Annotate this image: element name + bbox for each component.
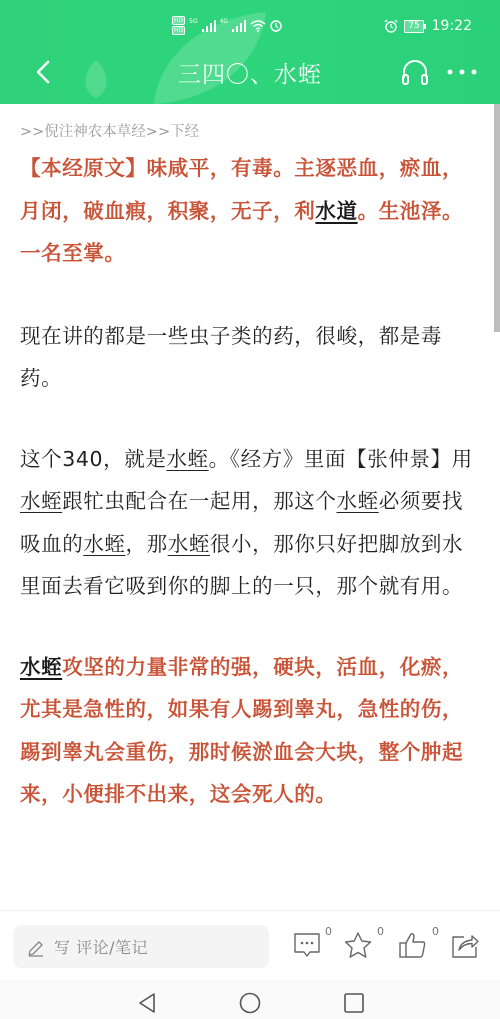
highlight-paragraph: 水蛭攻坚的力量非常的强，硬块，活血，化瘀，尤其是急性的，如果有人踢到睾丸，急性的…: [20, 646, 480, 816]
system-home-button[interactable]: [239, 992, 261, 1018]
square-recents-icon: [343, 992, 365, 1014]
star-icon: [343, 931, 373, 959]
term-link-shuizhi[interactable]: 水蛭: [83, 532, 125, 556]
term-link-shuizhi[interactable]: 水蛭: [337, 489, 379, 513]
term-link-shuizhi[interactable]: 水蛭: [20, 489, 62, 513]
signal-4g-label: 4G: [220, 18, 228, 25]
headphones-icon: [400, 58, 430, 86]
term-link-shuidao[interactable]: 水道: [315, 199, 357, 223]
comment-button[interactable]: 0: [293, 931, 321, 963]
more-button[interactable]: [446, 62, 478, 82]
hd-badge: HD: [172, 26, 185, 35]
system-back-button[interactable]: [136, 992, 158, 1018]
comment-count: 0: [325, 925, 332, 938]
favorite-count: 0: [377, 925, 384, 938]
article-content: >>倪注神农本草经>>下经 【本经原文】味咸平，有毒。主逐恶血，瘀血，月闭，破血…: [20, 104, 480, 816]
like-button[interactable]: 0: [398, 931, 428, 963]
favorite-button[interactable]: 0: [343, 931, 373, 963]
status-bar: HD HD 5G 4G 75 19:22: [0, 14, 500, 42]
hd-badge: HD: [172, 16, 185, 25]
term-link-shuizhi[interactable]: 水蛭: [168, 532, 210, 556]
battery-indicator: 75: [404, 20, 423, 33]
audio-button[interactable]: [400, 58, 430, 86]
term-link-shuizhi[interactable]: 水蛭: [20, 655, 62, 679]
status-left: HD HD 5G 4G: [172, 16, 282, 35]
scrollbar[interactable]: [494, 104, 500, 332]
comment-input[interactable]: 写 评论/笔记: [13, 925, 269, 968]
text-span: 跟牤虫配合在一起用，那这个: [62, 489, 336, 513]
comment-icon: [293, 931, 321, 959]
app-header: HD HD 5G 4G 75 19:22 三四〇、水蛭: [0, 0, 500, 104]
data-saver-icon: [270, 20, 282, 32]
share-icon: [450, 931, 480, 959]
pencil-icon: [26, 937, 46, 957]
signal-icon: [232, 20, 246, 32]
bottom-action-bar: 写 评论/笔记 0 0 0: [0, 910, 500, 980]
text-span: 攻坚的力量非常的强，硬块，活血，化瘀，尤其是急性的，如果有人踢到睾丸，急性的伤，…: [20, 655, 463, 807]
wifi-icon: [250, 20, 266, 32]
like-count: 0: [432, 925, 439, 938]
status-right: 75 19:22: [384, 18, 472, 34]
nav-bar: 三四〇、水蛭: [0, 50, 500, 96]
comment-placeholder: 写 评论/笔记: [54, 935, 148, 958]
breadcrumb[interactable]: >>倪注神农本草经>>下经: [20, 121, 480, 143]
commentary-paragraph: 这个340，就是水蛭。《经方》里面【张仲景】用水蛭跟牤虫配合在一起用，那这个水蛭…: [20, 438, 480, 608]
text-span: 这个340，就是: [20, 447, 166, 471]
text-span: 。《经方》里面【张仲景】用: [209, 447, 473, 471]
thumbs-up-icon: [398, 931, 428, 959]
signal-icon: [202, 20, 216, 32]
system-recents-button[interactable]: [343, 992, 365, 1018]
circle-home-icon: [239, 992, 261, 1014]
more-horizontal-icon: [446, 62, 478, 82]
system-navigation-bar: [0, 980, 500, 1019]
triangle-back-icon: [136, 992, 158, 1014]
signal-5g-label: 5G: [189, 18, 197, 25]
text-span: ，那: [126, 532, 168, 556]
share-button[interactable]: [450, 931, 480, 963]
hd-indicators: HD HD: [172, 16, 185, 35]
clock: 19:22: [432, 18, 472, 34]
commentary-paragraph: 现在讲的都是一些虫子类的药，很峻，都是毒药。: [20, 315, 480, 400]
original-text-paragraph: 【本经原文】味咸平，有毒。主逐恶血，瘀血，月闭，破血瘕，积聚，无子，利水道。生池…: [20, 147, 480, 275]
term-link-shuizhi[interactable]: 水蛭: [166, 447, 208, 471]
alarm-icon: [384, 19, 398, 33]
